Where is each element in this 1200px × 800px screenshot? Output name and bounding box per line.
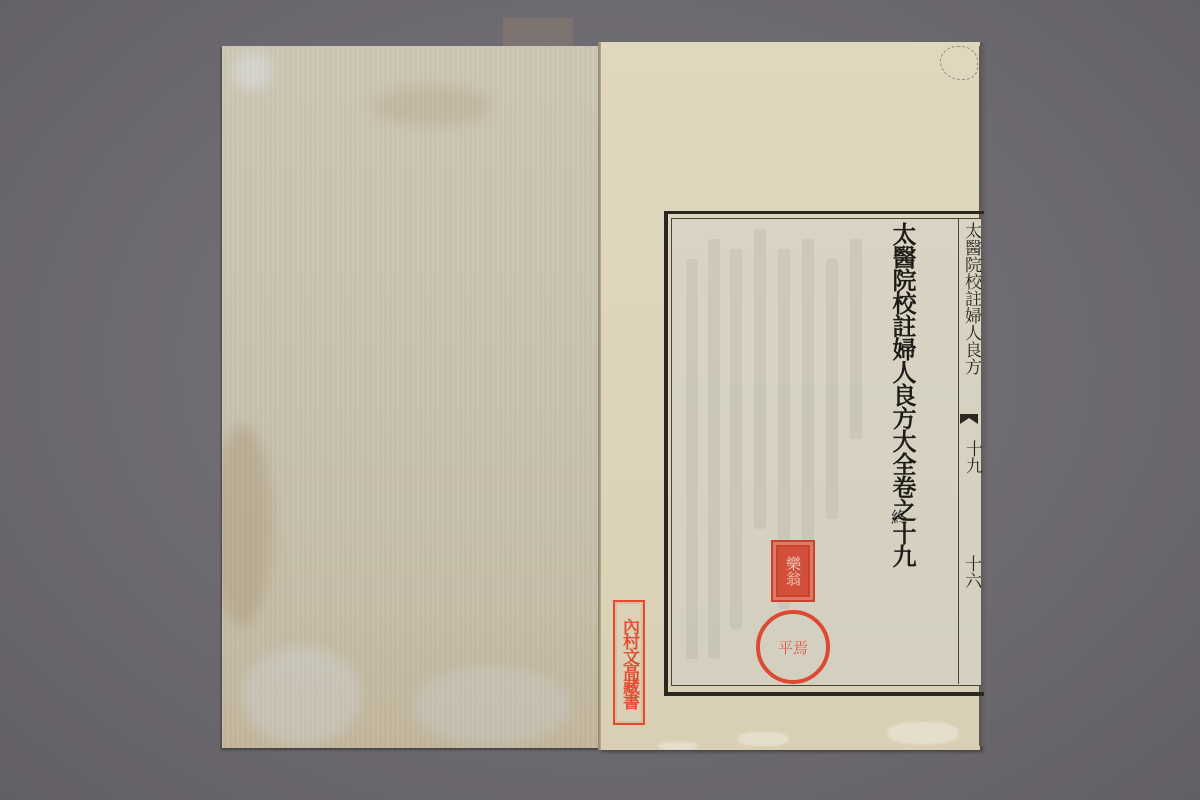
book-spine-fold [598,42,601,750]
left-endpaper-page [222,46,600,748]
printed-frame-outer [664,211,984,696]
corner-wear [940,46,978,80]
fold-margin-page-number: 十六 [962,555,980,589]
fold-center-line [958,218,959,684]
stain [242,646,362,746]
collector-seal: 內村文高藏書 [613,600,645,725]
stain [412,666,572,746]
end-mark: 終 [891,505,907,528]
paper-damage [738,732,788,746]
paper-tab-slip [503,18,573,46]
square-red-seal: 樂翁 [771,540,815,602]
fold-margin-juan: 十九 [962,440,981,474]
paper-damage [658,742,698,750]
fold-margin-book-title: 太醫院校註婦人良方 [962,222,980,375]
paper-grain [222,46,600,748]
round-seal-text: 平焉 [778,637,808,658]
stain [232,51,272,91]
paper-damage [888,722,958,744]
stain [372,86,492,126]
round-red-seal: 平焉 [756,610,830,684]
